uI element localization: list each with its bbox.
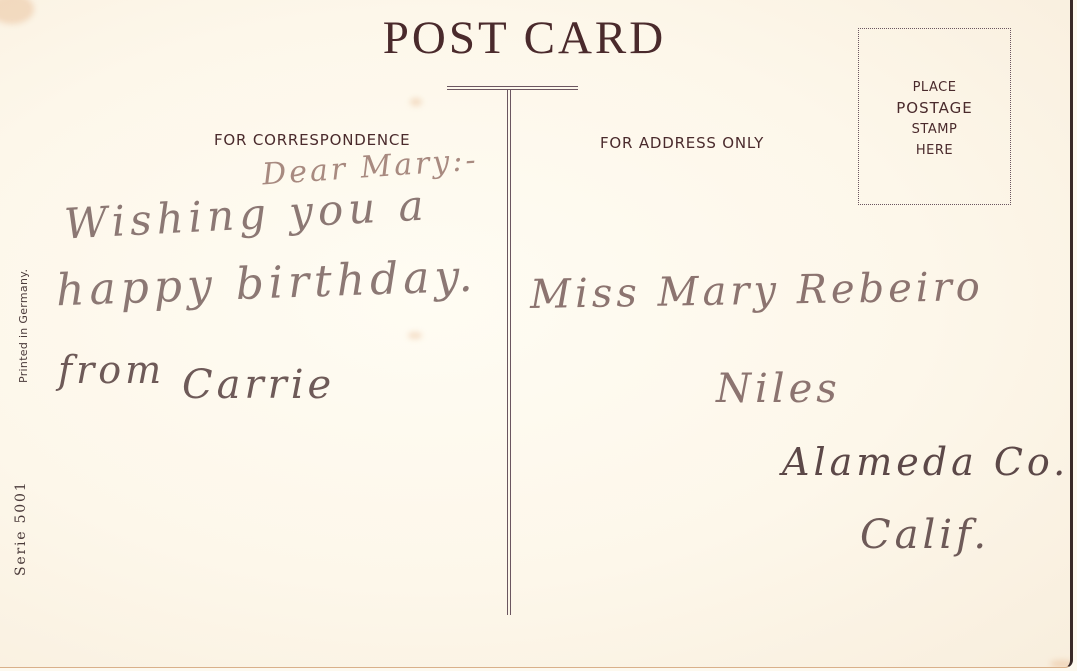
address-state: Calif.	[860, 512, 990, 558]
stamp-placement-box: PLACE POSTAGE STAMP HERE	[858, 28, 1011, 205]
stamp-box-line: STAMP	[912, 119, 958, 140]
address-city: Niles	[716, 366, 841, 412]
message-line: from	[58, 348, 165, 392]
address-recipient-name: Miss Mary Rebeiro	[530, 264, 985, 318]
paper-stain	[408, 332, 422, 339]
paper-stain	[410, 98, 422, 106]
center-divider-line	[507, 90, 511, 615]
stamp-box-line: HERE	[916, 140, 953, 161]
correspondence-label: FOR CORRESPONDENCE	[214, 131, 410, 149]
message-line: happy birthday.	[55, 251, 478, 317]
message-line: Wishing you a	[63, 180, 430, 248]
divider-crossbar	[447, 86, 578, 90]
printed-in-germany-text: Printed in Germany.	[17, 269, 30, 383]
paper-stain	[0, 0, 34, 24]
stamp-box-line: PLACE	[913, 77, 957, 98]
postcard-back: POST CARD FOR CORRESPONDENCE FOR ADDRESS…	[0, 0, 1073, 668]
serie-number-text: Serie 5001	[13, 481, 29, 576]
paper-stain	[1050, 660, 1073, 668]
address-county: Alameda Co.	[782, 440, 1069, 484]
stamp-box-line: POSTAGE	[896, 98, 972, 119]
postcard-title: POST CARD	[352, 10, 697, 66]
message-signature: Carrie	[182, 362, 335, 408]
address-label: FOR ADDRESS ONLY	[600, 134, 764, 152]
